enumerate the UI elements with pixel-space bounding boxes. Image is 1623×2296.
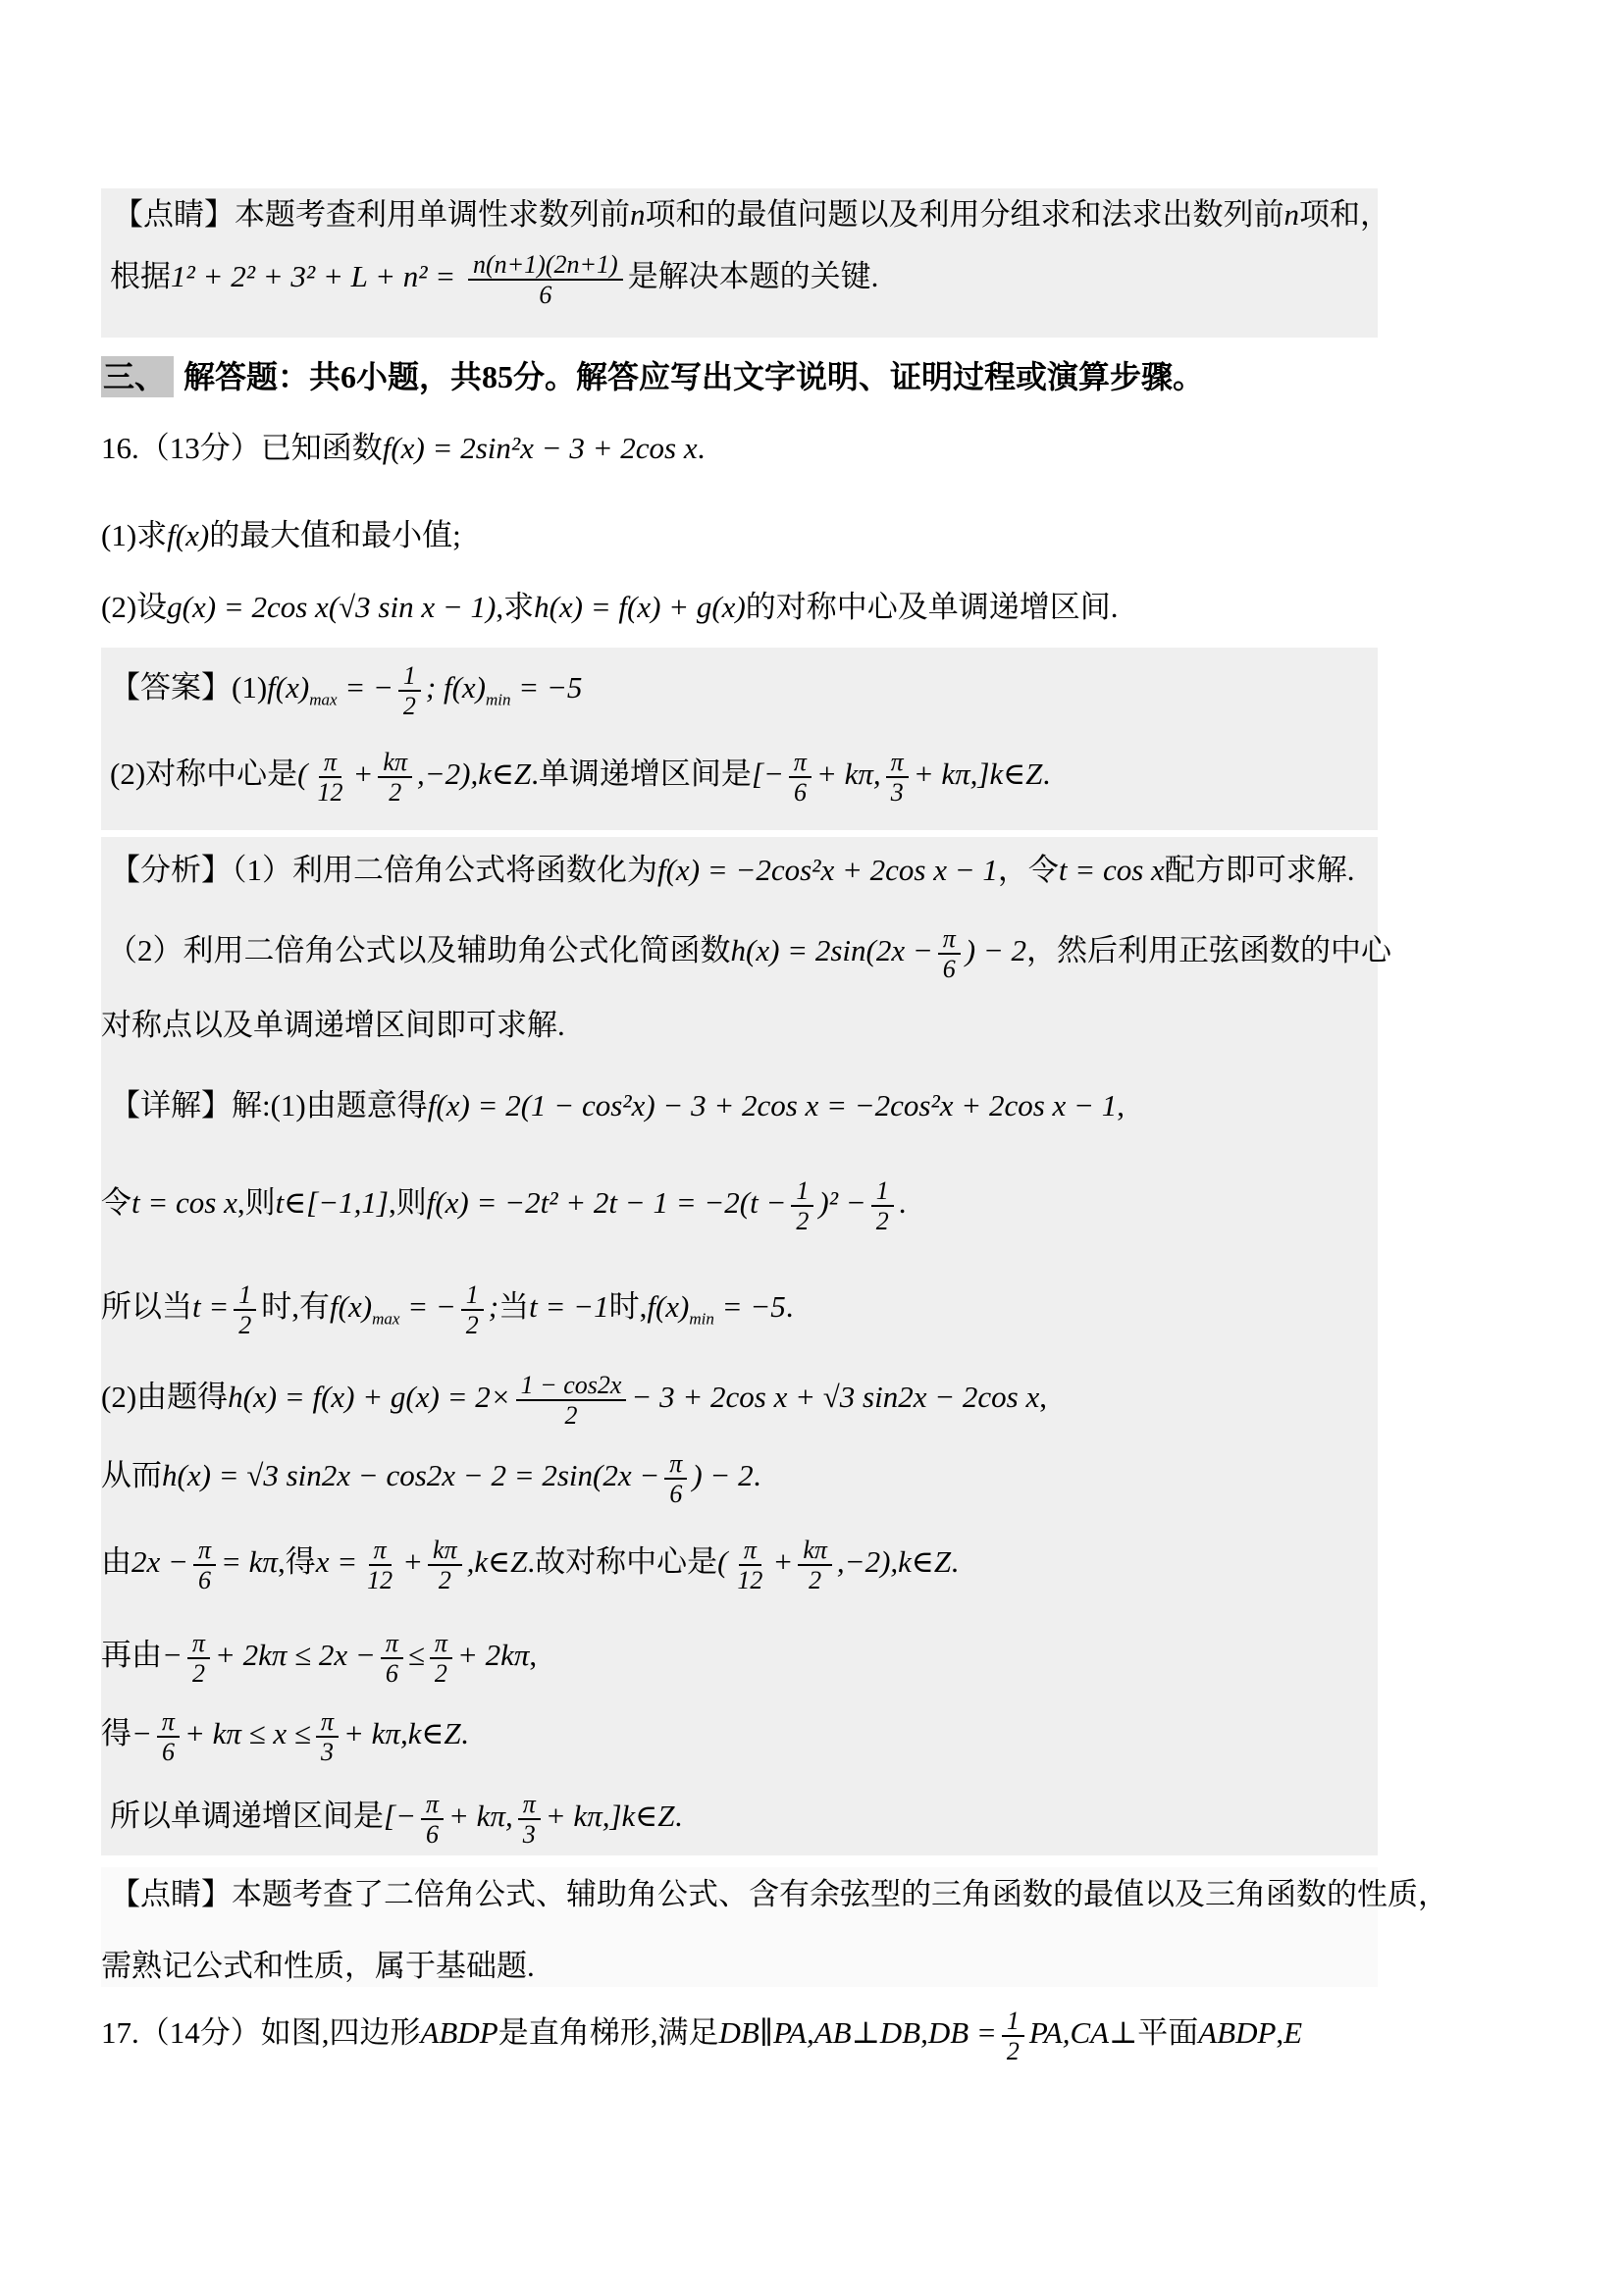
fraction: 12	[461, 1280, 484, 1339]
summary16-line2: 需熟记公式和性质，属于基础题.	[101, 1948, 535, 1986]
fraction: π12	[312, 748, 347, 807]
answer-line1: 【答案】(1)f(x)max = −12; f(x)min = −5	[110, 661, 582, 720]
detail-line5: 从而h(x) = √3 sin2x − cos2x − 2 = 2sin(2x …	[101, 1449, 760, 1508]
detail-line2: 令t = cos x,则t∈[−1,1],则f(x) = −2t² + 2t −…	[101, 1176, 906, 1235]
detail-line3: 所以当t =12时,有f(x)max = −12;当t = −1时,f(x)mi…	[101, 1280, 794, 1339]
prev-summary-line2: 根据1² + 2² + 3² + L + n² = n(n+1)(2n+1)6是…	[110, 250, 878, 309]
question16-part2: (2)设g(x) = 2cos x(√3 sin x − 1),求h(x) = …	[101, 589, 1119, 627]
fraction: 1 − cos2x2	[516, 1371, 627, 1430]
fraction: 12	[398, 661, 421, 720]
analysis-line3: 对称点以及单调递增区间即可求解.	[101, 1007, 565, 1045]
detail-line4: (2)由题得h(x) = f(x) + g(x) = 2×1 − cos2x2−…	[101, 1371, 1047, 1430]
fraction: π6	[193, 1536, 216, 1594]
fraction: π6	[664, 1449, 687, 1508]
fraction: kπ2	[378, 748, 412, 807]
detail-line7: 再由−π2+ 2kπ ≤ 2x −π6≤π2+ 2kπ,	[101, 1629, 537, 1688]
analysis-line2: （2）利用二倍角公式以及辅助角公式化简函数h(x) = 2sin(2x −π6)…	[107, 924, 1391, 983]
question17-stem: 17.（14分）如图,四边形ABDP是直角梯形,满足DB∥PA,AB⊥DB,DB…	[101, 2007, 1302, 2065]
fraction: 12	[1002, 2007, 1024, 2065]
document-page: 【点睛】本题考查利用单调性求数列前n项和的最值问题以及利用分组求和法求出数列前n…	[0, 0, 1623, 2296]
section-marker: 三、	[101, 356, 174, 397]
question16-part1: (1)求f(x)的最大值和最小值;	[101, 517, 461, 555]
detail-line8: 得−π6+ kπ ≤ x ≤π3+ kπ,k∈Z.	[101, 1707, 468, 1766]
shading-solution-block	[101, 837, 1378, 1855]
fraction: π2	[187, 1629, 210, 1688]
fraction: π3	[518, 1790, 541, 1849]
fraction: π6	[157, 1707, 180, 1766]
fraction: kπ2	[428, 1536, 462, 1594]
detail-line6: 由2x −π6= kπ,得x =π12+kπ2,k∈Z.故对称中心是(π12+k…	[101, 1536, 959, 1594]
question16-stem: 16.（13分）已知函数f(x) = 2sin²x − 3 + 2cos x.	[101, 430, 705, 468]
summary16-line1: 【点睛】本题考查了二倍角公式、辅助角公式、含有余弦型的三角函数的最值以及三角函数…	[110, 1876, 1448, 1914]
analysis-line1: 【分析】（1）利用二倍角公式将函数化为f(x) = −2cos²x + 2cos…	[110, 852, 1355, 890]
fraction: n(n+1)(2n+1)6	[468, 250, 623, 309]
section-heading: 三、解答题：共6小题，共85分。解答应写出文字说明、证明过程或演算步骤。	[101, 356, 1204, 397]
fraction: π6	[381, 1629, 403, 1688]
fraction: π6	[789, 748, 811, 807]
fraction: kπ2	[798, 1536, 832, 1594]
fraction: π12	[732, 1536, 767, 1594]
detail-line1: 【详解】解:(1)由题意得f(x) = 2(1 − cos²x) − 3 + 2…	[110, 1087, 1125, 1125]
fraction: π6	[938, 924, 961, 983]
fraction: 12	[871, 1176, 894, 1235]
fraction: π12	[362, 1536, 397, 1594]
fraction: 12	[234, 1280, 256, 1339]
fraction: 12	[791, 1176, 813, 1235]
detail-line9: 所以单调递增区间是[−π6+ kπ,π3+ kπ,]k∈Z.	[110, 1790, 682, 1849]
fraction: π6	[421, 1790, 444, 1849]
section-title: 解答题：共6小题，共85分。解答应写出文字说明、证明过程或演算步骤。	[183, 359, 1204, 394]
fraction: π3	[886, 748, 909, 807]
fraction: π2	[430, 1629, 452, 1688]
answer-line2: (2)对称中心是(π12+kπ2,−2),k∈Z.单调递增区间是[−π6+ kπ…	[110, 748, 1050, 807]
fraction: π3	[316, 1707, 339, 1766]
prev-summary-line1: 【点睛】本题考查利用单调性求数列前n项和的最值问题以及利用分组求和法求出数列前n…	[113, 196, 1390, 235]
